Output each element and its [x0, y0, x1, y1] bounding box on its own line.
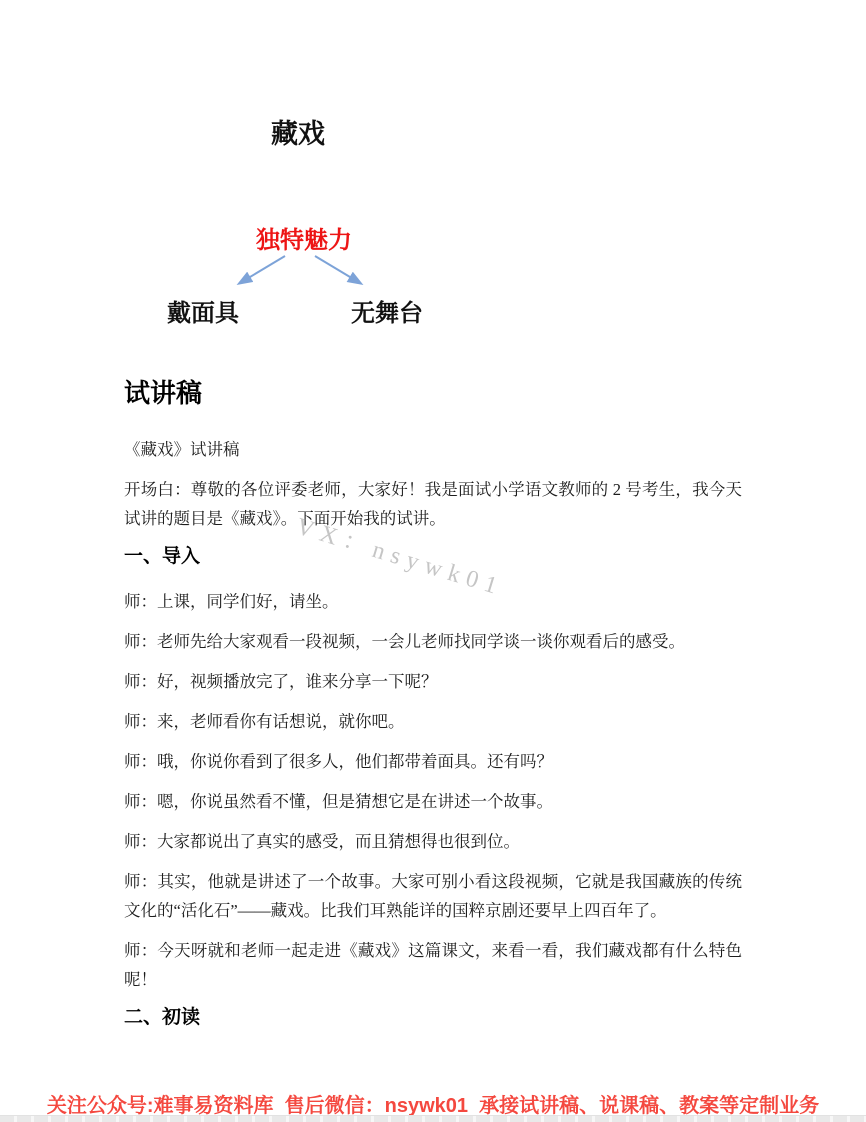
footer-banner: 关注公众号:难事易资料库 售后微信：nsywk01 承接试讲稿、说课稿、教案等定…	[0, 1089, 866, 1118]
diagram-child-stage: 无舞台	[351, 293, 423, 328]
section-heading-first-read: 二、初读	[124, 1005, 742, 1031]
diagram-title: 藏戏	[271, 112, 325, 151]
diagram-child-mask: 戴面具	[167, 293, 239, 328]
dialogue-line: 师：大家都说出了真实的感受，而且猜想得也很到位。	[124, 827, 742, 856]
dialogue-line: 师：嗯，你说虽然看不懂，但是猜想它是在讲述一个故事。	[124, 787, 742, 816]
document-content: 试讲稿 《藏戏》试讲稿 开场白：尊敬的各位评委老师，大家好！我是面试小学语文教师…	[124, 377, 742, 1048]
bottom-scrollbar-track[interactable]	[0, 1115, 866, 1122]
opening-paragraph: 开场白：尊敬的各位评委老师，大家好！我是面试小学语文教师的 2 号考生，我今天试…	[124, 475, 742, 533]
dialogue-line: 师：其实，他就是讲述了一个故事。大家可别小看这段视频，它就是我国藏族的传统文化的…	[124, 867, 742, 925]
diagram-arrows-icon	[225, 252, 375, 292]
dialogue-line: 师：好，视频播放完了，谁来分享一下呢？	[124, 667, 742, 696]
section-heading-intro: 一、导入	[124, 544, 742, 570]
document-page: 藏戏 独特魅力 戴面具 无舞台 试讲稿 《藏戏》试讲稿 开场白：尊敬的各位评委老…	[0, 0, 866, 1122]
dialogue-line: 师：哦，你说你看到了很多人，他们都带着面具。还有吗？	[124, 747, 742, 776]
diagram-root-node: 独特魅力	[256, 220, 352, 255]
page-title: 试讲稿	[124, 377, 742, 409]
dialogue-line: 师：上课，同学们好，请坐。	[124, 587, 742, 616]
dialogue-line: 师：今天呀就和老师一起走进《藏戏》这篇课文，来看一看，我们藏戏都有什么特色呢！	[124, 936, 742, 994]
dialogue-line: 师：老师先给大家观看一段视频，一会儿老师找同学谈一谈你观看后的感受。	[124, 627, 742, 656]
doc-subtitle: 《藏戏》试讲稿	[124, 435, 742, 464]
dialogue-line: 师：来，老师看你有话想说，就你吧。	[124, 707, 742, 736]
